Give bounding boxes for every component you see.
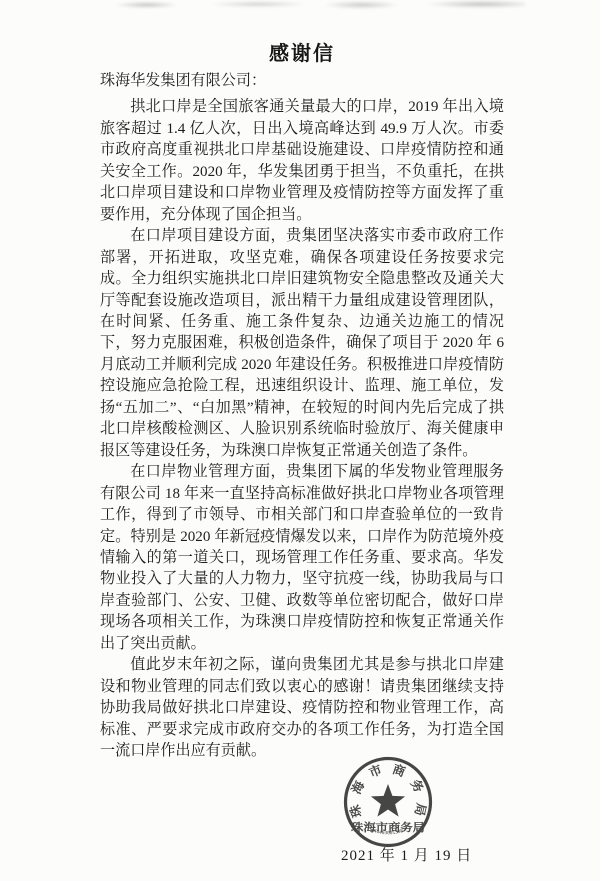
seal-arc-title: 珠海市商务局 <box>347 761 429 819</box>
letter-body: 珠海华发集团有限公司： 拱北口岸是全国旅客通关量最大的口岸，2019 年出入境旅… <box>100 71 504 763</box>
scan-artifact-smudge <box>95 0 525 14</box>
letter-paragraph: 在口岸物业管理方面，贵集团下属的华发物业管理服务有限公司 18 年来一直坚持高标… <box>100 462 504 655</box>
seal-code-digits: 4404030013987 <box>370 827 407 836</box>
letter-salutation: 珠海华发集团有限公司： <box>100 71 504 92</box>
letter-paragraph: 拱北口岸是全国旅客通关量最大的口岸，2019 年出入境旅客超过 1.4 亿人次，… <box>100 97 504 226</box>
letter-title: 感谢信 <box>100 37 504 66</box>
scanned-letter-page: { "page": { "background": "#fcfcfa", "te… <box>0 0 600 881</box>
seal-ring <box>346 759 431 846</box>
letter-paragraph: 值此岁末年初之际，谨向贵集团尤其是参与拱北口岸建设和物业管理的同志们致以衷心的感… <box>100 655 504 762</box>
official-seal: 珠海市商务局 珠海市商务局 4404030013987 <box>343 756 435 850</box>
seal-star-icon <box>371 784 405 817</box>
letter-date: 2021 年 1 月 19 日 <box>341 844 472 865</box>
letter-paragraph: 在口岸项目建设方面，贵集团坚决落实市委市政府工作部署，开拓进取，攻坚克难，确保各… <box>100 226 504 462</box>
seal-name-text: 珠海市商务局 <box>351 820 425 834</box>
official-seal-graphic: 珠海市商务局 珠海市商务局 4404030013987 <box>343 756 435 850</box>
